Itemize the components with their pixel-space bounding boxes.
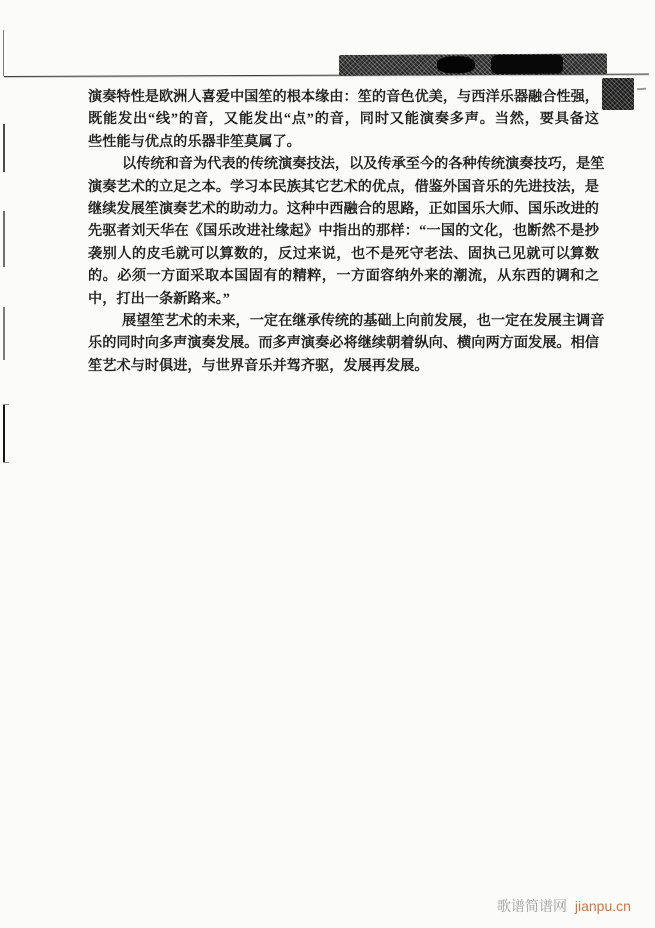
text-line: 展望笙艺术的未来，一定在继承传统的基础上向前发展，也一定在发展主调音: [88, 310, 599, 332]
text-line: 以传统和音为代表的传统演奏技法，以及传承至今的各种传统演奏技巧，是笙: [88, 153, 599, 175]
scan-edge-tick: [3, 307, 5, 360]
text-line: 些性能与优点的乐器非笙莫属了。: [88, 131, 599, 153]
text-line: 乐的同时向多声演奏发展。而多声演奏必将继续朝着纵向、横向两方面发展。相信: [88, 332, 599, 354]
text-line: 先驱者刘天华在《国乐改进社缘起》中指出的那样：“一国的文化，也断然不是抄: [88, 220, 599, 242]
ink-dash-mark: [637, 88, 646, 90]
text-line: 的。必须一方面采取本国固有的精粹，一方面容纳外来的潮流，从东西的调和之: [88, 265, 599, 287]
paragraph: 演奏特性是欧洲人喜爱中国笙的根本缘由：笙的音色优美，与西洋乐器融合性强， 既能发…: [88, 86, 599, 153]
watermark-site-url: jianpu.cn: [575, 898, 631, 914]
scan-edge-tick: [3, 405, 5, 462]
ink-blotch: [491, 55, 563, 74]
scan-edge-tick: [3, 124, 5, 172]
text-line: 袭别人的皮毛就可以算数的，反过来说，也不是死守老法、固执己见就可以算数: [88, 243, 599, 265]
page-text-block: 演奏特性是欧洲人喜爱中国笙的根本缘由：笙的音色优美，与西洋乐器融合性强， 既能发…: [88, 86, 599, 377]
paragraph: 展望笙艺术的未来，一定在继承传统的基础上向前发展，也一定在发展主调音 乐的同时向…: [88, 310, 599, 377]
ink-blotch: [437, 56, 475, 73]
watermark: 歌谱简谱网 jianpu.cn: [497, 896, 631, 916]
text-line: 演奏特性是欧洲人喜爱中国笙的根本缘由：笙的音色优美，与西洋乐器融合性强，: [88, 86, 599, 108]
text-line: 笙艺术与时俱进，与世界音乐并驾齐驱，发展再发展。: [88, 355, 599, 377]
text-line: 中，打出一条新路来。”: [88, 288, 599, 310]
watermark-site-name: 歌谱简谱网: [497, 898, 567, 914]
text-line: 既能发出“线”的音，又能发出“点”的音，同时又能演奏多声。当然，要具备这: [88, 108, 599, 130]
ink-smudge-bar: [339, 53, 607, 76]
scan-edge-tick: [3, 211, 5, 267]
text-line: 继续发展笙演奏艺术的助动力。这种中西融合的思路，正如国乐大师、国乐改进的: [88, 198, 599, 220]
scan-page-edge-line: [3, 30, 4, 76]
paragraph: 以传统和音为代表的传统演奏技法，以及传承至今的各种传统演奏技巧，是笙 演奏艺术的…: [88, 153, 599, 310]
text-line: 演奏艺术的立足之本。学习本民族其它艺术的优点，借鉴外国音乐的先进技法，是: [88, 176, 599, 198]
ink-smudge-square: [602, 78, 634, 110]
